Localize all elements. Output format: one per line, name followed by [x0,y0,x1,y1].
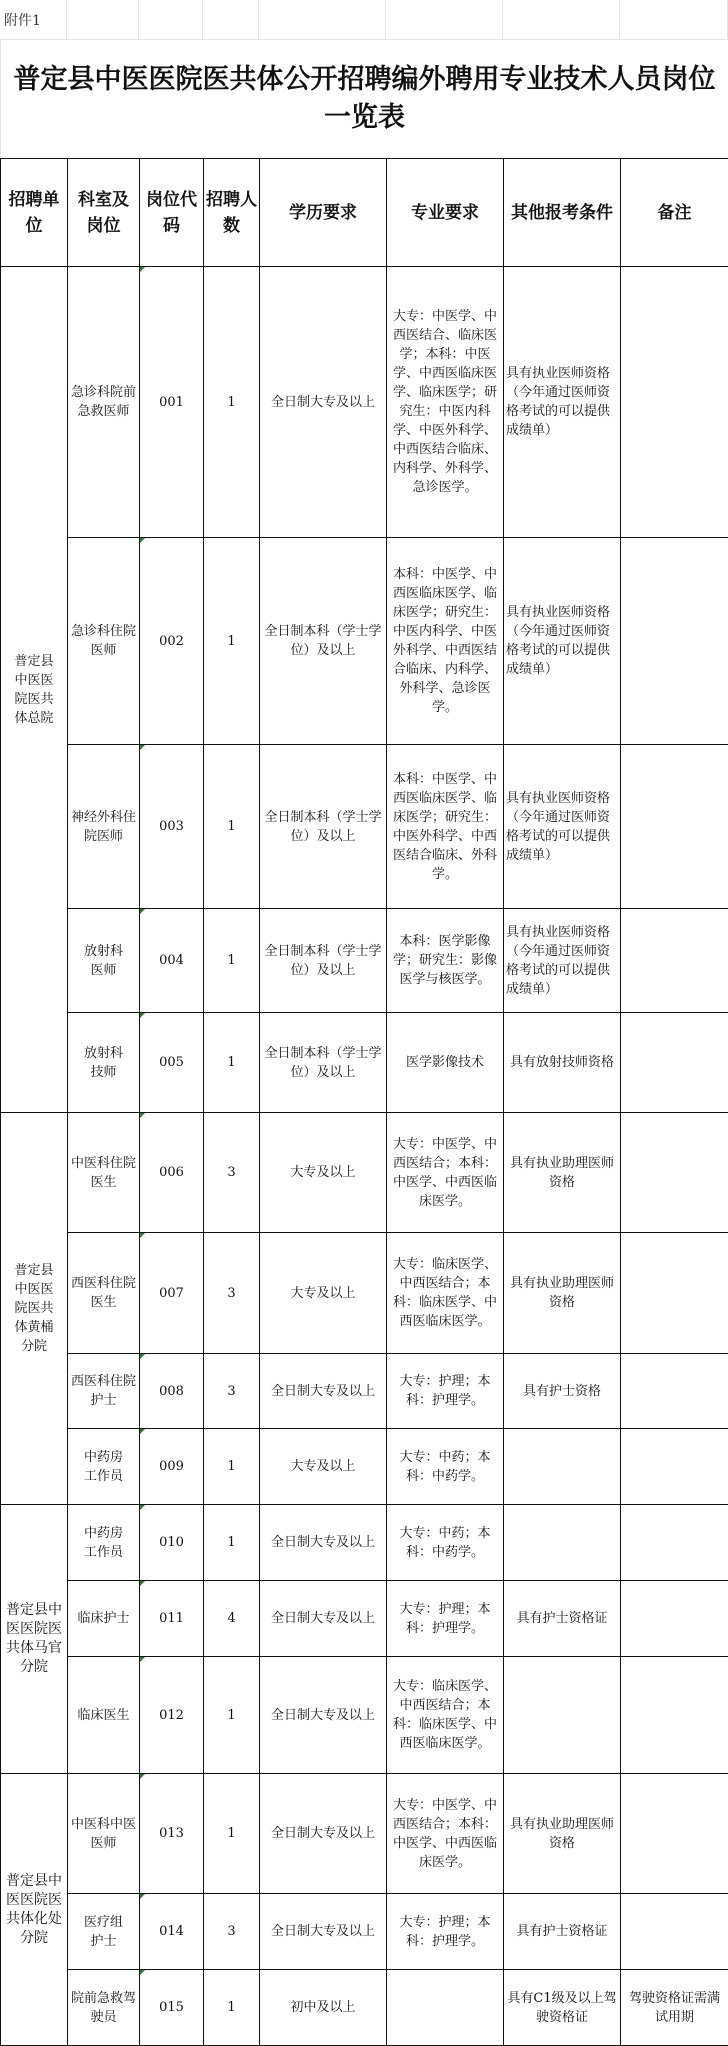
unit-cell[interactable]: 普定县中医医院医共体马官分院 [1,1505,68,1774]
table-row: 西医科住院护士 008 3 全日制大专及以上 大专：护理；本科：护理学。 具有护… [1,1354,728,1429]
other-cell[interactable]: 具有执业助理医师资格 [504,1113,621,1233]
other-cell[interactable]: 具有执业医师资格（今年通过医师资格考试的可以提供成绩单） [504,538,621,745]
code-cell[interactable]: 008 [140,1354,204,1429]
dept-cell[interactable]: 神经外科住院医师 [68,745,140,909]
education-cell[interactable]: 初中及以上 [260,1970,387,2046]
other-cell[interactable]: 具有执业助理医师资格 [504,1233,621,1354]
major-cell[interactable]: 大专：中医学、中西医结合；本科：中医学、中西医临床医学。 [387,1113,504,1233]
remark-cell[interactable]: 驾驶资格证需满试用期 [621,1970,728,2046]
dept-cell[interactable]: 急诊科住院医师 [68,538,140,745]
education-cell[interactable]: 全日制本科（学士学位）及以上 [260,538,387,745]
header-other: 其他报考条件 [504,159,621,267]
education-cell[interactable]: 全日制大专及以上 [260,1657,387,1774]
major-cell[interactable]: 大专：中药；本科：中药学。 [387,1429,504,1505]
education-cell[interactable]: 大专及以上 [260,1429,387,1505]
count-cell[interactable]: 3 [204,1233,260,1354]
table-row: 放射科医师 004 1 全日制本科（学士学位）及以上 本科：医学影像学；研究生：… [1,909,728,1013]
other-cell[interactable] [504,1429,621,1505]
other-cell[interactable]: 具有C1级及以上驾驶资格证 [504,1970,621,2046]
education-cell[interactable]: 全日制大专及以上 [260,1505,387,1581]
grid-cell[interactable] [620,0,728,40]
remark-cell[interactable] [621,1113,728,1233]
dept-cell[interactable]: 中医科住院医生 [68,1113,140,1233]
count-cell[interactable]: 1 [204,538,260,745]
attachment-row: 附件1 [0,0,728,40]
other-cell[interactable] [504,1505,621,1581]
dept-cell[interactable]: 院前急救驾驶员 [68,1970,140,2046]
grid-cell[interactable] [139,0,203,40]
code-cell[interactable]: 002 [140,538,204,745]
table-row: 神经外科住院医师 003 1 全日制本科（学士学位）及以上 本科：中医学、中西医… [1,745,728,909]
table-row: 普定县中医医院医共体黄桶分院 中医科住院医生 006 3 大专及以上 大专：中医… [1,1113,728,1233]
major-cell[interactable]: 大专：护理；本科：护理学。 [387,1581,504,1657]
grid-cell[interactable] [503,0,620,40]
other-cell[interactable] [504,1657,621,1774]
header-unit: 招聘单位 [1,159,68,267]
attachment-label: 附件1 [4,10,41,30]
other-cell[interactable]: 具有护士资格证 [504,1894,621,1970]
education-cell[interactable]: 全日制大专及以上 [260,1774,387,1894]
other-cell[interactable]: 具有放射技师资格 [504,1013,621,1113]
count-cell[interactable]: 1 [204,909,260,1013]
code-cell[interactable]: 012 [140,1657,204,1774]
major-cell[interactable]: 大专：护理；本科：护理学。 [387,1894,504,1970]
code-cell[interactable]: 003 [140,745,204,909]
remark-cell[interactable] [621,1505,728,1581]
count-cell[interactable]: 1 [204,1657,260,1774]
count-cell[interactable]: 1 [204,1013,260,1113]
table-row: 普定县中医医院医共体化处分院 中医科中医医师 013 1 全日制大专及以上 大专… [1,1774,728,1894]
other-cell[interactable]: 具有执业助理医师资格 [504,1774,621,1894]
grid-cell[interactable] [386,0,503,40]
grid-cell[interactable] [259,0,386,40]
education-cell[interactable]: 大专及以上 [260,1233,387,1354]
table-row: 医疗组护士 014 3 全日制大专及以上 大专：护理；本科：护理学。 具有护士资… [1,1894,728,1970]
dept-cell[interactable]: 中药房工作员 [68,1429,140,1505]
unit-cell[interactable]: 普定县中医医院医共体黄桶分院 [1,1113,68,1505]
count-cell[interactable]: 1 [204,267,260,538]
remark-cell[interactable] [621,909,728,1013]
remark-cell[interactable] [621,538,728,745]
other-cell[interactable]: 具有执业医师资格（今年通过医师资格考试的可以提供成绩单） [504,909,621,1013]
code-cell[interactable]: 009 [140,1429,204,1505]
dept-cell[interactable]: 中医科中医医师 [68,1774,140,1894]
education-cell[interactable]: 全日制大专及以上 [260,1354,387,1429]
table-row: 放射科技师 005 1 全日制本科（学士学位）及以上 医学影像技术 具有放射技师… [1,1013,728,1113]
header-major: 专业要求 [387,159,504,267]
table-row: 院前急救驾驶员 015 1 初中及以上 具有C1级及以上驾驶资格证 驾驶资格证需… [1,1970,728,2046]
table-row: 临床护士 011 4 全日制大专及以上 大专：护理；本科：护理学。 具有护士资格… [1,1581,728,1657]
page-title: 普定县中医医院医共体公开招聘编外聘用专业技术人员岗位一览表 [7,61,723,137]
code-cell[interactable]: 010 [140,1505,204,1581]
education-cell[interactable]: 全日制大专及以上 [260,267,387,538]
header-code: 岗位代码 [140,159,204,267]
remark-cell[interactable] [621,267,728,538]
code-cell[interactable]: 004 [140,909,204,1013]
count-cell[interactable]: 1 [204,1429,260,1505]
count-cell[interactable]: 1 [204,1970,260,2046]
code-cell[interactable]: 011 [140,1581,204,1657]
code-cell[interactable]: 015 [140,1970,204,2046]
code-cell[interactable]: 007 [140,1233,204,1354]
education-cell[interactable]: 全日制大专及以上 [260,1894,387,1970]
positions-table: 招聘单位 科室及岗位 岗位代码 招聘人数 学历要求 专业要求 其他报考条件 备注… [0,158,728,2046]
remark-cell[interactable] [621,1233,728,1354]
code-cell[interactable]: 006 [140,1113,204,1233]
education-cell[interactable]: 全日制本科（学士学位）及以上 [260,909,387,1013]
unit-cell[interactable]: 普定县中医医院医共体化处分院 [1,1774,68,2046]
education-cell[interactable]: 全日制本科（学士学位）及以上 [260,745,387,909]
header-remark: 备注 [621,159,728,267]
table-row: 普定县中医医院医共体马官分院 中药房工作员 010 1 全日制大专及以上 大专：… [1,1505,728,1581]
dept-cell[interactable]: 中药房工作员 [68,1505,140,1581]
major-cell[interactable]: 本科：中医学、中西医临床医学、临床医学；研究生：中医内科学、中医外科学、中西医结… [387,538,504,745]
other-cell[interactable]: 具有护士资格 [504,1354,621,1429]
header-count: 招聘人数 [204,159,260,267]
table-row: 急诊科住院医师 002 1 全日制本科（学士学位）及以上 本科：中医学、中西医临… [1,538,728,745]
dept-cell[interactable]: 西医科住院医生 [68,1233,140,1354]
remark-cell[interactable] [621,1581,728,1657]
title-row: 普定县中医医院医共体公开招聘编外聘用专业技术人员岗位一览表 [0,40,728,158]
major-cell[interactable]: 大专：中医学、中西医结合、临床医学；本科：中医学、中西医临床医学、临床医学；研究… [387,267,504,538]
table-row: 中药房工作员 009 1 大专及以上 大专：中药；本科：中药学。 [1,1429,728,1505]
code-cell[interactable]: 001 [140,267,204,538]
code-cell[interactable]: 013 [140,1774,204,1894]
remark-cell[interactable] [621,1354,728,1429]
dept-cell[interactable]: 医疗组护士 [68,1894,140,1970]
header-dept: 科室及岗位 [68,159,140,267]
other-cell[interactable]: 具有执业医师资格（今年通过医师资格考试的可以提供成绩单） [504,267,621,538]
major-cell[interactable]: 本科：中医学、中西医临床医学、临床医学；研究生：中医外科学、中西医结合临床、外科… [387,745,504,909]
grid-cell[interactable] [203,0,259,40]
other-cell[interactable]: 具有执业医师资格（今年通过医师资格考试的可以提供成绩单） [504,745,621,909]
major-cell[interactable]: 大专：中药；本科：中药学。 [387,1505,504,1581]
education-cell[interactable]: 全日制本科（学士学位）及以上 [260,1013,387,1113]
count-cell[interactable]: 1 [204,745,260,909]
major-cell[interactable]: 医学影像技术 [387,1013,504,1113]
dept-cell[interactable]: 临床护士 [68,1581,140,1657]
count-cell[interactable]: 3 [204,1354,260,1429]
education-cell[interactable]: 全日制大专及以上 [260,1581,387,1657]
unit-cell[interactable]: 普定县中医医院医共体总院 [1,267,68,1113]
education-cell[interactable]: 大专及以上 [260,1113,387,1233]
count-cell[interactable]: 3 [204,1113,260,1233]
remark-cell[interactable] [621,745,728,909]
grid-cell[interactable] [67,0,139,40]
dept-cell[interactable]: 西医科住院护士 [68,1354,140,1429]
count-cell[interactable]: 1 [204,1774,260,1894]
major-cell[interactable]: 大专：临床医学、中西医结合；本科：临床医学、中西医临床医学。 [387,1233,504,1354]
table-row: 普定县中医医院医共体总院 急诊科院前急救医师 001 1 全日制大专及以上 大专… [1,267,728,538]
header-row: 招聘单位 科室及岗位 岗位代码 招聘人数 学历要求 专业要求 其他报考条件 备注 [1,159,728,267]
dept-cell[interactable]: 放射科医师 [68,909,140,1013]
major-cell[interactable]: 大专：临床医学、中西医结合；本科：临床医学、中西医临床医学。 [387,1657,504,1774]
dept-cell[interactable]: 临床医生 [68,1657,140,1774]
dept-cell[interactable]: 放射科技师 [68,1013,140,1113]
table-row: 临床医生 012 1 全日制大专及以上 大专：临床医学、中西医结合；本科：临床医… [1,1657,728,1774]
remark-cell[interactable] [621,1894,728,1970]
major-cell[interactable]: 本科：医学影像学；研究生：影像医学与核医学。 [387,909,504,1013]
code-cell[interactable]: 014 [140,1894,204,1970]
major-cell[interactable]: 大专：中医学、中西医结合；本科：中医学、中西医临床医学。 [387,1774,504,1894]
count-cell[interactable]: 3 [204,1894,260,1970]
count-cell[interactable]: 1 [204,1505,260,1581]
remark-cell[interactable] [621,1774,728,1894]
major-cell[interactable]: 大专：护理；本科：护理学。 [387,1354,504,1429]
remark-cell[interactable] [621,1657,728,1774]
remark-cell[interactable] [621,1429,728,1505]
header-education: 学历要求 [260,159,387,267]
remark-cell[interactable] [621,1013,728,1113]
major-cell[interactable] [387,1970,504,2046]
code-cell[interactable]: 005 [140,1013,204,1113]
other-cell[interactable]: 具有护士资格证 [504,1581,621,1657]
count-cell[interactable]: 4 [204,1581,260,1657]
table-row: 西医科住院医生 007 3 大专及以上 大专：临床医学、中西医结合；本科：临床医… [1,1233,728,1354]
dept-cell[interactable]: 急诊科院前急救医师 [68,267,140,538]
